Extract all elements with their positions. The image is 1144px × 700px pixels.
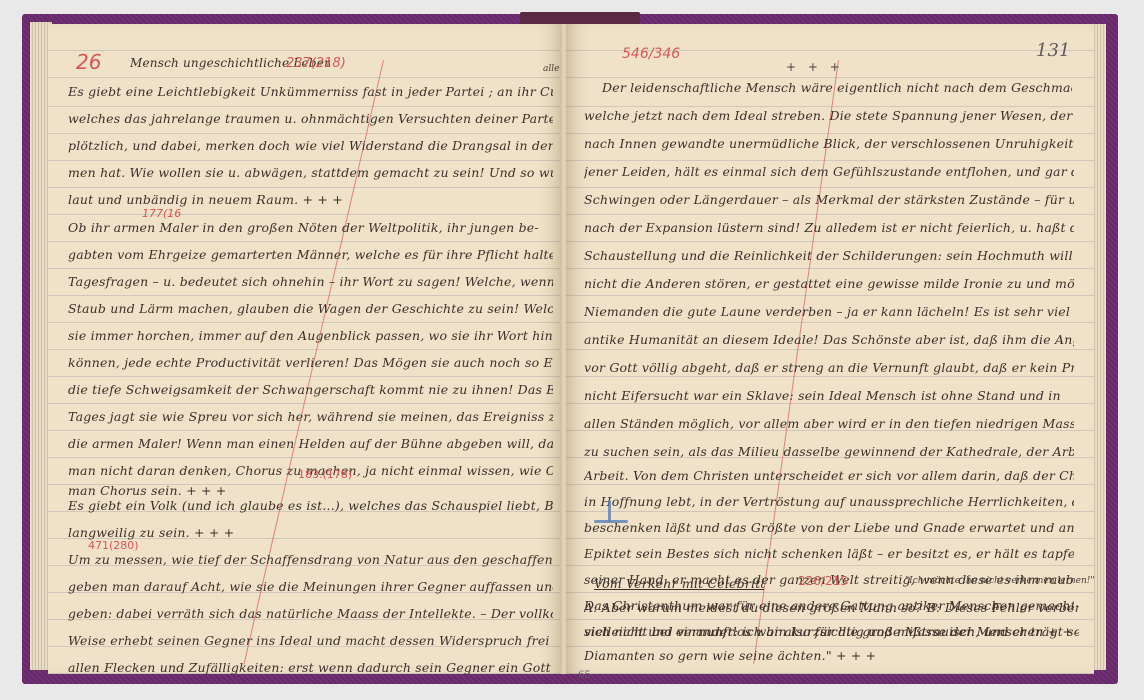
text-line: allen Ständen möglich, vor allem aber wi… xyxy=(584,416,1074,431)
ref-number: 226/215 xyxy=(798,574,848,588)
text-line: Der leidenschaftliche Mensch wäre eigent… xyxy=(602,80,1072,95)
text-line: sie immer horchen, immer auf den Augenbl… xyxy=(68,328,553,343)
text-line: Staub und Lärm machen, glauben die Wagen… xyxy=(68,301,553,316)
text-line: die tiefe Schweigsamkeit der Schwangersc… xyxy=(68,382,553,397)
text-line: können, jede echte Productivität verlier… xyxy=(68,355,553,370)
text-line: nicht die Anderen stören, er gestattet e… xyxy=(584,276,1074,291)
text-line: Schwingen oder Längerdauer – als Merkmal… xyxy=(584,192,1074,207)
pencil-mark-65: 65 xyxy=(578,670,591,681)
ref-number: 546/346 xyxy=(622,46,680,62)
left-page: 26 Mensch ungeschichtliche Lebensluft 23… xyxy=(48,24,562,674)
text-line: Es giebt ein Volk (und ich glaube es ist… xyxy=(68,498,553,513)
page-edges-right xyxy=(1092,24,1106,670)
text-line: Es giebt eine Leichtlebigkeit Unkümmerni… xyxy=(68,84,553,99)
text-line: nach Innen gewandte unermüdliche Blick, … xyxy=(584,136,1074,151)
text-line: men hat. Wie wollen sie u. abwägen, stat… xyxy=(68,165,553,180)
text-line: vor Gott völlig abgeht, daß er streng an… xyxy=(584,360,1074,375)
text-line: sich nicht bei einander: ich bin kurzsic… xyxy=(584,624,1079,639)
text-line: welches das jahrelange traumen u. ohnmäc… xyxy=(68,111,553,126)
ref-number: 237(218) xyxy=(286,56,346,71)
text-line: nach der Expansion lüstern sind! Zu alle… xyxy=(584,220,1074,235)
text-line: Diamanten so gern wie seine ächten." + +… xyxy=(584,648,884,663)
text-line: Arbeit. Von dem Christen unterscheidet e… xyxy=(584,468,1074,483)
text-line: Schaustellung und die Reinlichkeit der S… xyxy=(584,248,1074,263)
ref-number: 183.(178) xyxy=(298,468,352,481)
blue-pencil-mark xyxy=(608,500,611,522)
folio-mark: 26 xyxy=(76,50,101,74)
text-line: allen Flecken und Zufälligkeiten: erst w… xyxy=(68,660,553,675)
text-line: Epiktet sein Bestes sich nicht schenken … xyxy=(584,546,1074,561)
text-line: Weise erhebt seinen Gegner ins Ideal und… xyxy=(68,633,553,648)
page-number: 131 xyxy=(1036,40,1070,61)
blue-pencil-mark xyxy=(594,520,628,523)
text-line: Um zu messen, wie tief der Schaffensdran… xyxy=(68,552,553,567)
ref-number: 471(280) xyxy=(88,539,139,552)
text-line: in Hoffnung lebt, in der Vertröstung auf… xyxy=(584,494,1074,509)
text-line: gabten vom Ehrgeize gemarterten Männer, … xyxy=(68,247,553,262)
text-line: geben man darauf Acht, wie sie die Meinu… xyxy=(68,579,553,594)
ref-number: 177(16 xyxy=(142,207,181,220)
section-marker: + + + xyxy=(786,60,844,74)
marginal-quote: "Ich möchte ihn nicht verkennen lernen!" xyxy=(905,576,1095,586)
text-line: zu suchen sein, als das Milieu dasselbe … xyxy=(584,444,1074,459)
text-line: man Chorus sein. + + + xyxy=(68,483,328,498)
section-heading: Vom Verkehr mit Celebritäten. + + + xyxy=(594,576,764,591)
annotation-alle: alle xyxy=(543,64,559,74)
text-line: Tages jagt sie wie Spreu vor sich her, w… xyxy=(68,409,553,424)
text-line: welche jetzt nach dem Ideal streben. Die… xyxy=(584,108,1074,123)
text-line: jener Leiden, hält es einmal sich dem Ge… xyxy=(584,164,1074,179)
text-line: nicht Eifersucht war ein Sklave: sein Id… xyxy=(584,388,1074,403)
text-line: langweilig zu sein. + + + xyxy=(68,525,368,540)
text-line: Ob ihr armen Maler in den großen Nöten d… xyxy=(68,220,553,235)
text-line: Tagesfragen – u. bedeutet sich ohnehin –… xyxy=(68,274,553,289)
text-line: beschenken läßt und das Größte von der L… xyxy=(584,520,1074,535)
text-line: Niemanden die gute Laune verderben – ja … xyxy=(584,304,1074,319)
text-line: plötzlich, und dabei, merken doch wie vi… xyxy=(68,138,553,153)
text-line: laut und unbändig in neuem Raum. + + + xyxy=(68,192,398,207)
text-line: A: Aber warum meidest du diesen großen M… xyxy=(584,600,1079,615)
text-line: antike Humanität an diesem Ideale! Das S… xyxy=(584,332,1074,347)
text-line: die armen Maler! Wenn man einen Helden a… xyxy=(68,436,553,451)
text-line: geben: dabei verräth sich das natürliche… xyxy=(68,606,553,621)
